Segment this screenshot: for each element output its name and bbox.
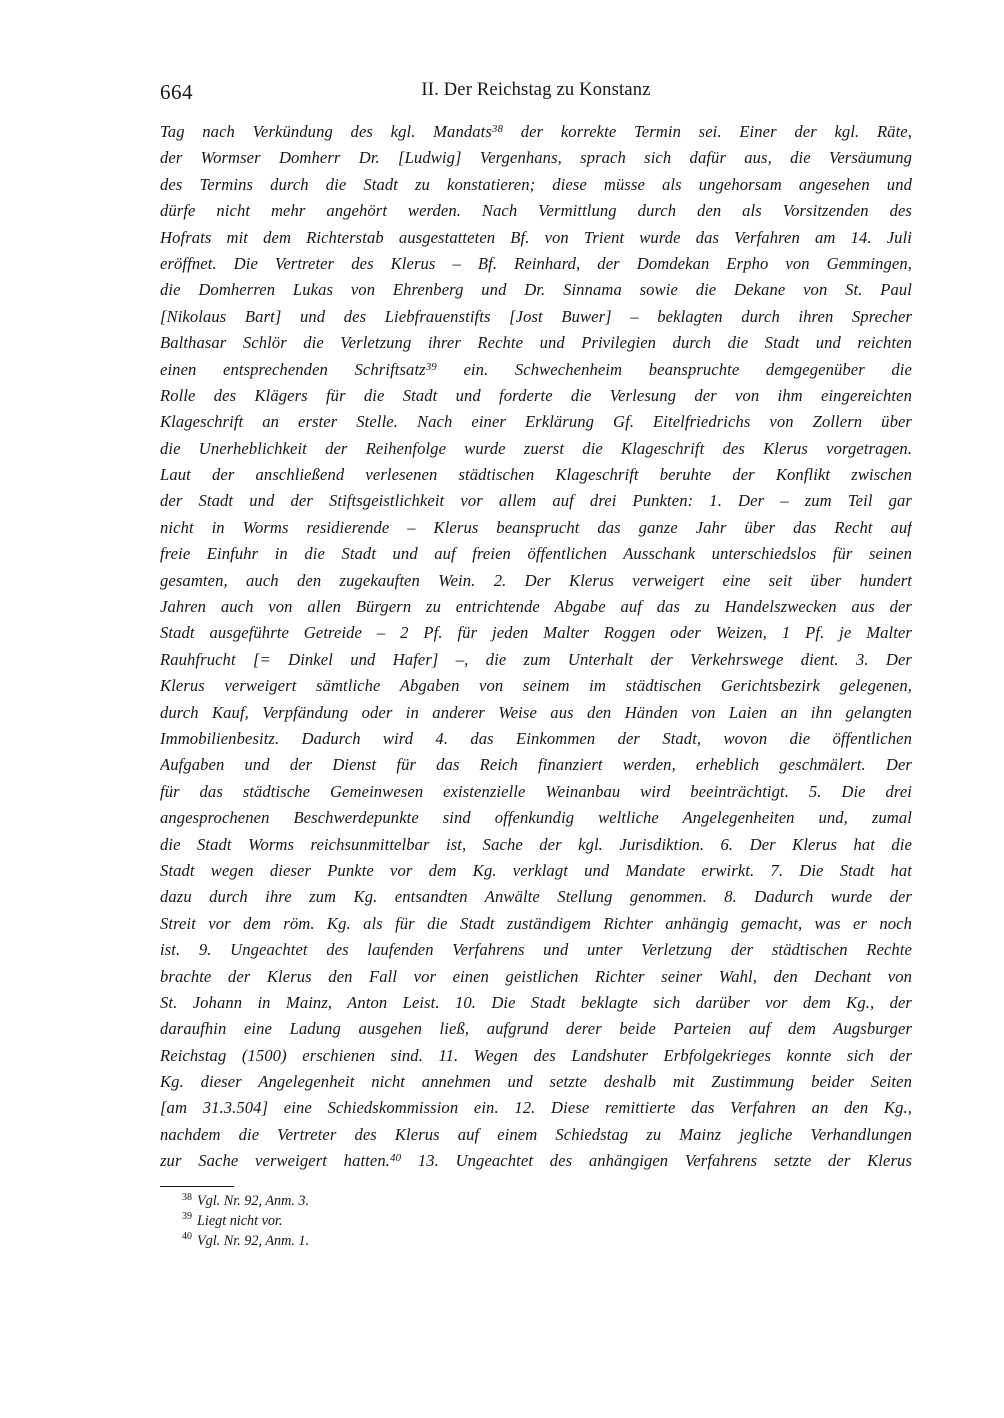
text-line: Rauhfrucht [= Dinkel und Hafer] –, die z…	[160, 647, 912, 673]
text-line: die Domherren Lukas von Ehrenberg und Dr…	[160, 277, 912, 303]
text-line: Kg. dieser Angelegenheit nicht annehmen …	[160, 1069, 912, 1095]
text-line: [am 31.3.504] eine Schiedskommission ein…	[160, 1095, 912, 1121]
footnote-marker: 40	[182, 1231, 192, 1242]
page-number: 664	[160, 80, 193, 105]
text-line: brachte der Klerus den Fall vor einen ge…	[160, 964, 912, 990]
text-line: einen entsprechenden Schriftsatz39 ein. …	[160, 357, 912, 383]
text-line: Stadt wegen dieser Punkte vor dem Kg. ve…	[160, 858, 912, 884]
text-line: angesprochenen Beschwerdepunkte sind off…	[160, 805, 912, 831]
text-line: zur Sache verweigert hatten.40 13. Ungea…	[160, 1148, 912, 1174]
footnote-marker: 38	[182, 1192, 192, 1203]
footnote-text: Vgl. Nr. 92, Anm. 1.	[197, 1233, 309, 1249]
text-line: nicht in Worms residierende – Klerus bea…	[160, 515, 912, 541]
text-line: der Wormser Domherr Dr. [Ludwig] Vergenh…	[160, 145, 912, 171]
text-line: Tag nach Verkündung des kgl. Mandats38 d…	[160, 119, 912, 145]
text-line: dazu durch ihre zum Kg. entsandten Anwäl…	[160, 884, 912, 910]
text-line: Klageschrift an erster Stelle. Nach eine…	[160, 409, 912, 435]
body-text: Tag nach Verkündung des kgl. Mandats38 d…	[160, 119, 912, 1175]
footnote-marker: 39	[426, 361, 437, 373]
text-line: Immobilienbesitz. Dadurch wird 4. das Ei…	[160, 726, 912, 752]
text-line: daraufhin eine Ladung ausgehen ließ, auf…	[160, 1016, 912, 1042]
text-line: Hofrats mit dem Richterstab ausgestattet…	[160, 225, 912, 251]
text-line: freie Einfuhr in die Stadt und auf freie…	[160, 541, 912, 567]
footnote-item: 40Vgl. Nr. 92, Anm. 1.	[160, 1232, 912, 1252]
text-line: die Unerheblichkeit der Reihenfolge wurd…	[160, 436, 912, 462]
text-line: ist. 9. Ungeachtet des laufenden Verfahr…	[160, 937, 912, 963]
text-line: der Stadt und der Stiftsgeistlichkeit vo…	[160, 488, 912, 514]
text-line: Stadt ausgeführte Getreide – 2 Pf. für j…	[160, 620, 912, 646]
footnote-item: 39Liegt nicht vor.	[160, 1212, 912, 1232]
text-line: nachdem die Vertreter des Klerus auf ein…	[160, 1122, 912, 1148]
text-line: Streit vor dem röm. Kg. als für die Stad…	[160, 911, 912, 937]
book-page: 664 II. Der Reichstag zu Konstanz Tag na…	[0, 0, 1004, 1418]
page-header: 664 II. Der Reichstag zu Konstanz	[160, 80, 912, 106]
footnote-marker: 38	[492, 123, 503, 135]
footnote-marker: 40	[390, 1152, 401, 1164]
text-line: eröffnet. Die Vertreter des Klerus – Bf.…	[160, 251, 912, 277]
running-head: II. Der Reichstag zu Konstanz	[160, 80, 912, 101]
footnote-item: 38Vgl. Nr. 92, Anm. 3.	[160, 1192, 912, 1212]
text-line: Jahren auch von allen Bürgern zu entrich…	[160, 594, 912, 620]
footnote-text: Vgl. Nr. 92, Anm. 3.	[197, 1193, 309, 1209]
text-line: dürfe nicht mehr angehört werden. Nach V…	[160, 198, 912, 224]
text-line: die Stadt Worms reichsunmittelbar ist, S…	[160, 832, 912, 858]
text-line: Balthasar Schlör die Verletzung ihrer Re…	[160, 330, 912, 356]
text-line: [Nikolaus Bart] und des Liebfrauenstifts…	[160, 304, 912, 330]
text-line: Rolle des Klägers für die Stadt und ford…	[160, 383, 912, 409]
text-line: Aufgaben und der Dienst für das Reich fi…	[160, 752, 912, 778]
text-line: durch Kauf, Verpfändung oder in anderer …	[160, 700, 912, 726]
footnote-text: Liegt nicht vor.	[197, 1213, 283, 1229]
footnote-marker: 39	[182, 1211, 192, 1222]
text-line: St. Johann in Mainz, Anton Leist. 10. Di…	[160, 990, 912, 1016]
text-line: Laut der anschließend verlesenen städtis…	[160, 462, 912, 488]
text-line: gesamten, auch den zugekauften Wein. 2. …	[160, 568, 912, 594]
footnotes: 38Vgl. Nr. 92, Anm. 3. 39Liegt nicht vor…	[160, 1192, 912, 1251]
text-line: Klerus verweigert sämtliche Abgaben von …	[160, 673, 912, 699]
text-line: Reichstag (1500) erschienen sind. 11. We…	[160, 1043, 912, 1069]
footnote-separator	[160, 1186, 234, 1187]
text-line: des Termins durch die Stadt zu konstatie…	[160, 172, 912, 198]
text-line: für das städtische Gemeinwesen existenzi…	[160, 779, 912, 805]
